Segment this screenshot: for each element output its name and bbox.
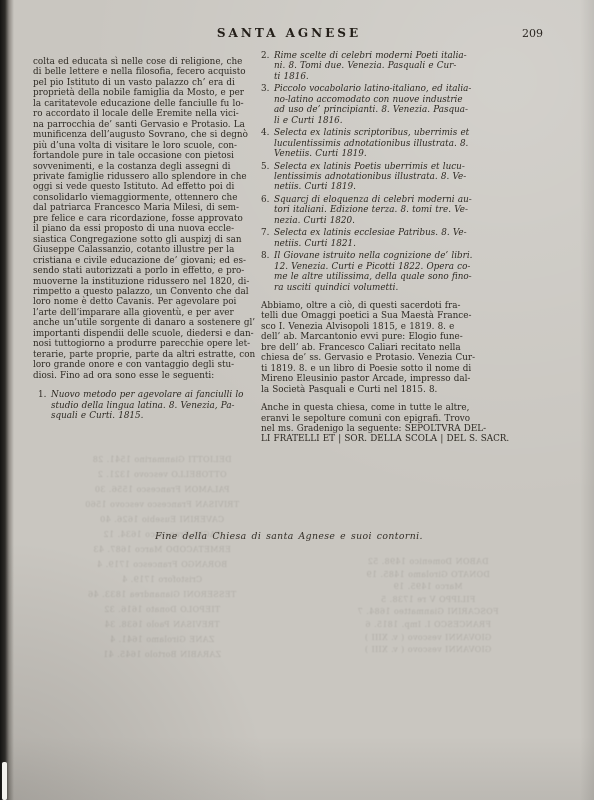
page-scan: SANTA AGNESE 209 colta ed educata sì nel… [33,26,545,42]
text-line: ti 1819. 8. e un libro di Poesie sotto i… [261,364,545,374]
item-number: 8. [261,251,274,293]
column-right: 2. Rime scelte di celebri moderni Poeti … [261,51,545,445]
text-line: anche un’utile sorgente di danaro a sost… [33,318,257,328]
showthrough-line: DELIOTTI Gianmarino 1541. 28 [36,452,288,467]
text-line: nosi tuttogiorno a produrre parecchie op… [33,339,257,349]
item-number: 5. [261,162,274,193]
text-line: studio della lingua latina. 8. Venezia, … [51,401,257,411]
item-text: Rime scelte di celebri moderni Poeti ita… [274,51,545,82]
text-line: terarie, parte proprie, parte da altri e… [33,350,257,360]
item-number: 7. [261,228,274,249]
showthrough-line: TIEPOLO Donato 1616. 32 [36,602,288,617]
showthrough-line: ZANE Girolamo 1641. 4 [36,632,288,647]
text-line: Giuseppe Calassanzio, cotanto illustre p… [33,245,257,255]
book-list-item: 5. Selecta ex latinis Poetis uberrimis e… [261,162,545,193]
text-line: me le altre utilissima, della quale sono… [274,272,545,282]
text-line: LI FRATELLI ET | SOR. DELLA SCOLA | DEL … [261,434,545,444]
text-line: il piano da essi proposto di una nuova e… [33,224,257,234]
item-number: 2. [261,51,274,82]
showthrough-line: TESSERONI Gianandrea 1833. 46 [36,587,288,602]
text-line: oggi si vede questo Istituto. Ad effetto… [33,182,257,192]
showthrough-line: TREVISAN Paolo 1638. 34 [36,617,288,632]
showthrough-line: OTTOBELLO vescovo 1321. 2 [36,467,288,482]
text-line: Selecta ex latinis Poetis uberrimis et l… [274,162,545,172]
text-line: nezia. Curti 1820. [274,216,545,226]
text-line: più d’una volta di visitare le loro scuo… [33,141,257,151]
text-line: Mireno Eleusinio pastor Arcade, impresso… [261,374,545,384]
item-text: Selecta ex latinis scriptoribus, uberrim… [274,128,545,159]
book-list-item: 2. Rime scelte di celebri moderni Poeti … [261,51,545,82]
showthrough-line: FILIPPO V re 1738. 5 [306,594,550,607]
text-line: pel pio Istituto di un vasto palazzo ch’… [33,78,257,88]
text-line: ti 1816. [274,72,545,82]
text-line: sco I. Venezia Alvisopoli 1815, e 1819. … [261,322,545,332]
showthrough-line: GIOVANNI vescovo ( v. XIII ) [306,632,550,645]
text-line: 12. Venezia. Curti e Picotti 1822. Opera… [274,262,545,272]
text-line: consolidarlo viemaggiormente, ottennero … [33,193,257,203]
item-number: 1. [38,390,51,421]
text-line: tori italiani. Edizione terza. 8. tomi t… [274,205,545,215]
book-list-item: 7. Selecta ex latinis ecclesiae Patribus… [261,228,545,249]
page-number: 209 [522,27,543,40]
text-line: Selecta ex latinis ecclesiae Patribus. 8… [274,228,545,238]
page-title: SANTA AGNESE [33,26,545,40]
scan-edge-sliver [2,762,7,800]
book-list-item: 1. Nuovo metodo per agevolare ai fanciul… [38,390,257,421]
scan-left-edge-shadow [0,0,14,800]
text-line: sendo stati autorizzati a porlo in effet… [33,266,257,276]
text-line: no-latino accomodato con nuove industrie [274,95,545,105]
showthrough-line: Cristoforo 1719. 4 [36,572,288,587]
showthrough-line: TRIVISAN Francesco vescovo 1560 [36,497,288,512]
text-line: proprietà della nobile famiglia da Mosto… [33,88,257,98]
book-list-item: 6. Squarcj di eloquenza di celebri moder… [261,195,545,226]
text-line: lentissimis adnotationibus illustrata. 8… [274,172,545,182]
text-line: na parrocchia de’ santi Gervasio e Prota… [33,120,257,130]
text-line: luculentissimis adnotationibus illustrat… [274,139,545,149]
text-line: sovvenimenti, e la costanza degli assegn… [33,162,257,172]
text-line: muoverne la instituzione ridussero nel 1… [33,277,257,287]
showthrough-line: DONATO Girolamo 1485. 19 [306,569,550,582]
showthrough-line: GIOVANNI vescovo ( v. XIII ) [306,644,550,657]
chapter-end-line: Fine della Chiesa di santa Agnese e suoi… [33,531,545,542]
showthrough-line: ERMETACODO Marco 1687. 43 [36,542,288,557]
item-text: Selecta ex latinis ecclesiae Patribus. 8… [274,228,545,249]
text-line: Abbiamo, oltre a ciò, di questi sacerdot… [261,301,545,311]
text-line: Il Giovane istruito nella cognizione de’… [274,251,545,261]
text-line: bre dell’ ab. Francesco Caliari recitato… [261,343,545,353]
showthrough-line: BORANGO Francesco 1719. 4 [36,557,288,572]
text-line: netiis. Curti 1819. [274,182,545,192]
book-list-item: 8. Il Giovane istruito nella cognizione … [261,251,545,293]
text-line: rimpetto a questo palazzo, un Convento c… [33,287,257,297]
showthrough-text-right: DABON Domenico 1498. 52DONATO Girolamo 1… [306,556,550,657]
text-line: la Società Pasquali e Curti nel 1815. 8. [261,385,545,395]
text-line: nel ms. Gradenigo la seguente: SEPOLTVRA… [261,424,545,434]
item-text: Nuovo metodo per agevolare ai fanciulli … [51,390,257,421]
showthrough-line: PALAMON Francesco 1556. 30 [36,482,288,497]
text-line: l’arte dell’imparare alla gioventù, e pe… [33,308,257,318]
text-line: fortandole pure in tale occasione con pi… [33,151,257,161]
text-line: chiesa de’ ss. Gervasio e Protasio. Vene… [261,353,545,363]
text-line: telli due Omaggi poetici a Sua Maestà Fr… [261,311,545,321]
showthrough-line: FRANCESCO I. Imp. 1815. 6 [306,619,550,632]
text-line: siastica Congregazione sotto gli auspizj… [33,235,257,245]
showthrough-line: FOSCARINI Gianmatteo 1684. 7 [306,606,550,619]
text-line: colta ed educata sì nelle cose di religi… [33,57,257,67]
text-line: loro nome è detto Cavanis. Per agevolare… [33,297,257,307]
body-paragraph: Abbiamo, oltre a ciò, di questi sacerdot… [261,301,545,395]
column-left: colta ed educata sì nelle cose di religi… [33,57,257,423]
text-line: Nuovo metodo per agevolare ai fanciulli … [51,390,257,400]
item-text: Piccolo vocabolario latino-italiano, ed … [274,84,545,126]
showthrough-line: ZARABIN Bortolo 1645. 41 [36,647,288,662]
text-line: Piccolo vocabolario latino-italiano, ed … [274,84,545,94]
text-line: ni. 8. Tomi due. Venezia. Pasquali e Cur… [274,61,545,71]
text-line: dell’ ab. Marcantonio evvi pure: Elogio … [261,332,545,342]
item-number: 3. [261,84,274,126]
text-line: cristiana e civile educazione de’ giovan… [33,256,257,266]
text-line: ra usciti quindici volumetti. [274,283,545,293]
closing-paragraph: Anche in questa chiesa, come in tutte le… [261,403,545,445]
body-paragraph: colta ed educata sì nelle cose di religi… [33,57,257,381]
item-number: 4. [261,128,274,159]
text-line: Venetiis. Curti 1819. [274,149,545,159]
showthrough-line: DABON Domenico 1498. 52 [306,556,550,569]
text-line: li e Curti 1816. [274,116,545,126]
text-line: dal patriarca Francesco Maria Milesi, di… [33,203,257,213]
text-line: squali e Curti. 1815. [51,411,257,421]
item-text: Il Giovane istruito nella cognizione de’… [274,251,545,293]
text-line: importanti dispendii delle scuole, diede… [33,329,257,339]
text-line: munificenza dell’augusto Sovrano, che si… [33,130,257,140]
text-line: la caritatevole educazione delle fanciul… [33,99,257,109]
book-list-item: 3. Piccolo vocabolario latino-italiano, … [261,84,545,126]
text-line: Squarcj di eloquenza di celebri moderni … [274,195,545,205]
running-header: SANTA AGNESE 209 [33,26,545,42]
text-line: Rime scelte di celebri moderni Poeti ita… [274,51,545,61]
text-line: Anche in questa chiesa, come in tutte le… [261,403,545,413]
book-list-item: 4. Selecta ex latinis scriptoribus, uber… [261,128,545,159]
text-line: Selecta ex latinis scriptoribus, uberrim… [274,128,545,138]
text-line: private famiglie ridussero allo splendor… [33,172,257,182]
text-line: eranvi le sepolture comuni con epigrafi.… [261,414,545,424]
text-line: di belle lettere e nella filosofia, fece… [33,67,257,77]
showthrough-line: Marco 1495. 19 [306,581,550,594]
text-line: diosi. Fino ad ora sono esse le seguenti… [33,371,257,381]
item-number: 6. [261,195,274,226]
text-line: ro accordato il locale delle Eremite nel… [33,109,257,119]
showthrough-text-left: DELIOTTI Gianmarino 1541. 28OTTOBELLO ve… [36,452,288,662]
text-line: pre felice e cara ricordazione, fosse ap… [33,214,257,224]
text-line: loro grande onore e con vantaggio degli … [33,360,257,370]
item-text: Selecta ex latinis Poetis uberrimis et l… [274,162,545,193]
text-line: netiis. Curti 1821. [274,239,545,249]
text-line: ad uso de’ principianti. 8. Venezia. Pas… [274,105,545,115]
item-text: Squarcj di eloquenza di celebri moderni … [274,195,545,226]
showthrough-line: CAVERINI Eusebio 1626. 40 [36,512,288,527]
